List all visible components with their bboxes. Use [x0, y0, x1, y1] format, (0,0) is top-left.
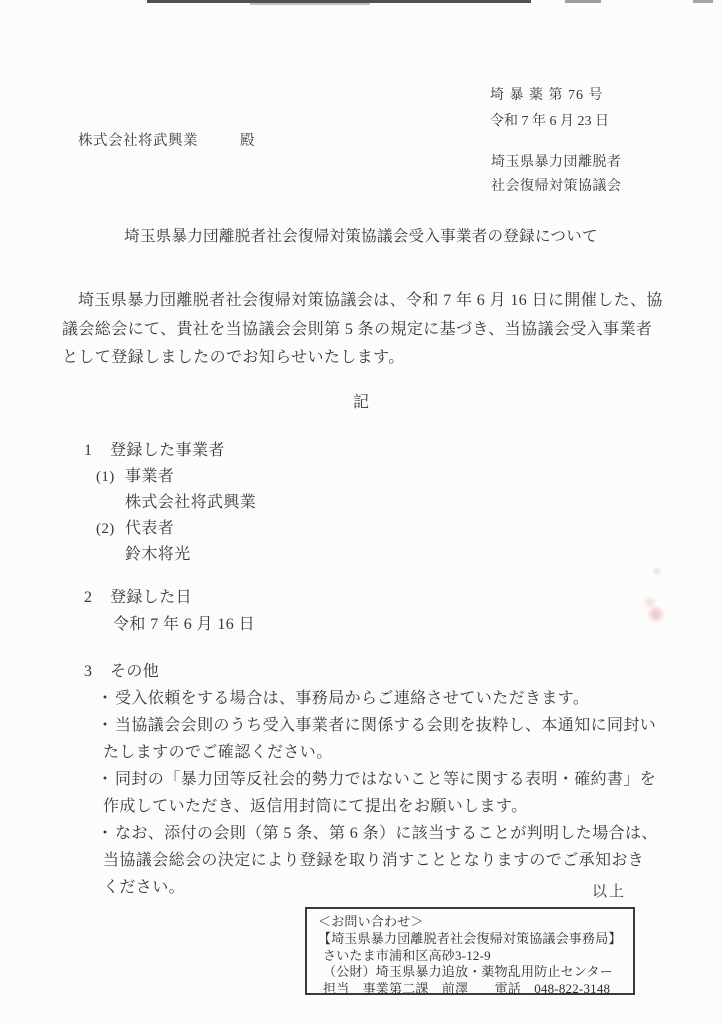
body-line: 議会総会にて、貴社を当協議会会則第 5 条の規定に基づき、当協議会受入事業者 — [62, 316, 663, 345]
ink-smudge-artifact — [638, 592, 668, 626]
scanner-edge-artifact — [250, 3, 370, 5]
bullet-marker: ・ — [97, 685, 115, 712]
body-line: 埼玉県暴力団離脱者社会復帰対策協議会は、令和 7 年 6 月 16 日に開催した… — [62, 287, 663, 316]
contact-center: （公財）埼玉県暴力追放・薬物乱用防止センター — [318, 964, 633, 981]
bullet-item: ・受入依頼をする場合は、事務局からご連絡させていただきます。 — [84, 685, 658, 712]
recipient-line: 株式会社将武興業殿 — [78, 129, 255, 150]
section-registration-date: 2登録した日 令和 7 年 6 月 16 日 — [84, 584, 255, 638]
item-label: (2) — [96, 516, 125, 542]
bullet-marker: ・ — [97, 766, 115, 793]
bullet-text: 同封の「暴力団等反社会的勢力ではないこと等に関する表明・確約書」を — [115, 771, 656, 788]
item-title: 代表者 — [125, 520, 174, 537]
bullet-line: ・受入依頼をする場合は、事務局からご連絡させていただきます。 — [97, 685, 658, 712]
bullet-text: 当協議会総会の決定により登録を取り消すこととなりますのでご承知おき — [103, 847, 658, 874]
section-heading: その他 — [110, 663, 159, 680]
section-number: 3 — [84, 658, 110, 685]
section-items: (1)事業者 株式会社将武興業 (2)代表者 鈴木将光 — [96, 464, 256, 568]
item-title: 事業者 — [125, 468, 174, 485]
sender-line-2: 社会復帰対策協議会 — [491, 175, 622, 199]
bullet-line: ・なお、添付の会則（第 5 条、第 6 条）に該当することが判明した場合は、 — [97, 820, 658, 847]
bullet-text: なお、添付の会則（第 5 条、第 6 条）に該当することが判明した場合は、 — [115, 825, 658, 842]
item-label-row: (2)代表者 — [96, 516, 256, 542]
registration-date-value: 令和 7 年 6 月 16 日 — [113, 611, 255, 638]
scanned-letter-page: 埼 暴 薬 第 76 号 令和 7 年 6 月 23 日 株式会社将武興業殿 埼… — [0, 0, 722, 1024]
contact-address: さいたま市浦和区高砂3-12-9 — [318, 948, 633, 965]
body-line: として登録しましたのでお知らせいたします。 — [62, 344, 663, 373]
section-heading-row: 2登録した日 — [84, 584, 255, 611]
ink-speck-artifact — [652, 566, 662, 576]
bullet-text: たしますのでご確認ください。 — [103, 739, 658, 766]
sender-line-1: 埼玉県暴力団離脱者 — [491, 151, 622, 175]
body-paragraph: 埼玉県暴力団離脱者社会復帰対策協議会は、令和 7 年 6 月 16 日に開催した… — [62, 287, 663, 373]
scanner-edge-artifact — [565, 0, 601, 3]
contact-staff-phone: 担当 事業第二課 前澤 電話 048-822-3148 — [318, 981, 633, 998]
section-heading: 登録した日 — [110, 589, 192, 606]
bullet-line: ・同封の「暴力団等反社会的勢力ではないこと等に関する表明・確約書」を — [97, 766, 658, 793]
section-heading: 登録した事業者 — [110, 442, 225, 459]
closing-ijou: 以上 — [592, 880, 626, 901]
bullet-item: ・同封の「暴力団等反社会的勢力ではないこと等に関する表明・確約書」を 作成してい… — [84, 766, 658, 820]
issue-date: 令和 7 年 6 月 23 日 — [490, 110, 609, 130]
contact-box: ＜お問い合わせ＞ 【埼玉県暴力団離脱者社会復帰対策協議会事務局】 さいたま市浦和… — [305, 907, 635, 995]
section-number: 1 — [84, 438, 110, 464]
section-heading-row: 3その他 — [84, 658, 658, 685]
bullet-item: ・なお、添付の会則（第 5 条、第 6 条）に該当することが判明した場合は、 当… — [84, 820, 658, 901]
document-number: 埼 暴 薬 第 76 号 — [490, 84, 604, 104]
bullet-text: 作成していただき、返信用封筒にて提出をお願いします。 — [103, 793, 658, 820]
bullet-marker: ・ — [97, 712, 115, 739]
item-label: (1) — [96, 464, 125, 490]
bullet-text: 当協議会会則のうち受入事業者に関係する会則を抜粋し、本通知に同封い — [115, 717, 656, 734]
section-number: 2 — [84, 584, 110, 611]
contact-heading: ＜お問い合わせ＞ — [318, 914, 633, 931]
sender-block: 埼玉県暴力団離脱者 社会復帰対策協議会 — [491, 151, 622, 199]
bullet-line: ・当協議会会則のうち受入事業者に関係する会則を抜粋し、本通知に同封い — [97, 712, 658, 739]
bullet-text: ください。 — [103, 874, 658, 901]
item-value: 株式会社将武興業 — [125, 490, 256, 516]
item-value: 鈴木将光 — [125, 542, 256, 568]
bullet-text: 受入依頼をする場合は、事務局からご連絡させていただきます。 — [115, 690, 589, 707]
recipient-name: 株式会社将武興業 — [78, 133, 198, 149]
section-registered-business: 1登録した事業者 (1)事業者 株式会社将武興業 (2)代表者 鈴木将光 — [84, 438, 256, 568]
ki-separator: 記 — [0, 389, 722, 412]
bullet-marker: ・ — [97, 820, 115, 847]
document-title: 埼玉県暴力団離脱者社会復帰対策協議会受入事業者の登録について — [0, 224, 722, 246]
bullet-item: ・当協議会会則のうち受入事業者に関係する会則を抜粋し、本通知に同封い たしますの… — [84, 712, 658, 766]
section-other-notes: 3その他 ・受入依頼をする場合は、事務局からご連絡させていただきます。 ・当協議… — [84, 658, 658, 901]
item-label-row: (1)事業者 — [96, 464, 256, 490]
contact-org: 【埼玉県暴力団離脱者社会復帰対策協議会事務局】 — [318, 931, 633, 948]
scanner-edge-artifact — [693, 0, 713, 3]
recipient-honorific: 殿 — [240, 133, 255, 149]
section-heading-row: 1登録した事業者 — [84, 438, 256, 464]
